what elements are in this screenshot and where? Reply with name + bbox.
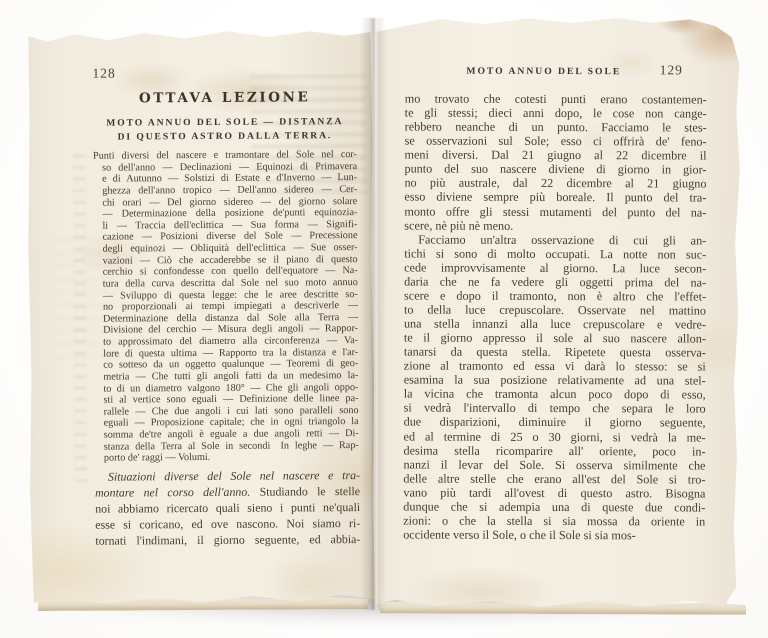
paragraph-continuation: mo trovato che cotesti punti erano costa… <box>404 91 706 233</box>
paragraph-observation: Facciamo un'altra osservazione di cui gl… <box>403 232 706 542</box>
show-through-margin-marks <box>73 155 87 485</box>
opening-paragraph: Situazioni diverse del Sole nel nascere … <box>95 467 360 549</box>
lecture-heading: OTTAVA LEZIONE <box>93 89 357 107</box>
chapter-title: MOTO ANNUO DEL SOLE — DISTANZA DI QUESTO… <box>85 115 365 144</box>
page-number-left: 128 <box>92 66 115 82</box>
page-number-right: 129 <box>660 62 683 78</box>
right-page: MOTO ANNUO DEL SOLE 129 mo trovato che c… <box>373 15 741 610</box>
book-photograph: 128 OTTAVA LEZIONE MOTO ANNUO DEL SOLE —… <box>0 0 768 638</box>
left-page: 128 OTTAVA LEZIONE MOTO ANNUO DEL SOLE —… <box>26 27 376 607</box>
right-page-body: mo trovato che cotesti punti erano costa… <box>403 91 707 542</box>
lesson-summary: Punti diversi del nascere e tramontare d… <box>93 149 359 464</box>
running-head: MOTO ANNUO DEL SOLE <box>393 65 695 77</box>
